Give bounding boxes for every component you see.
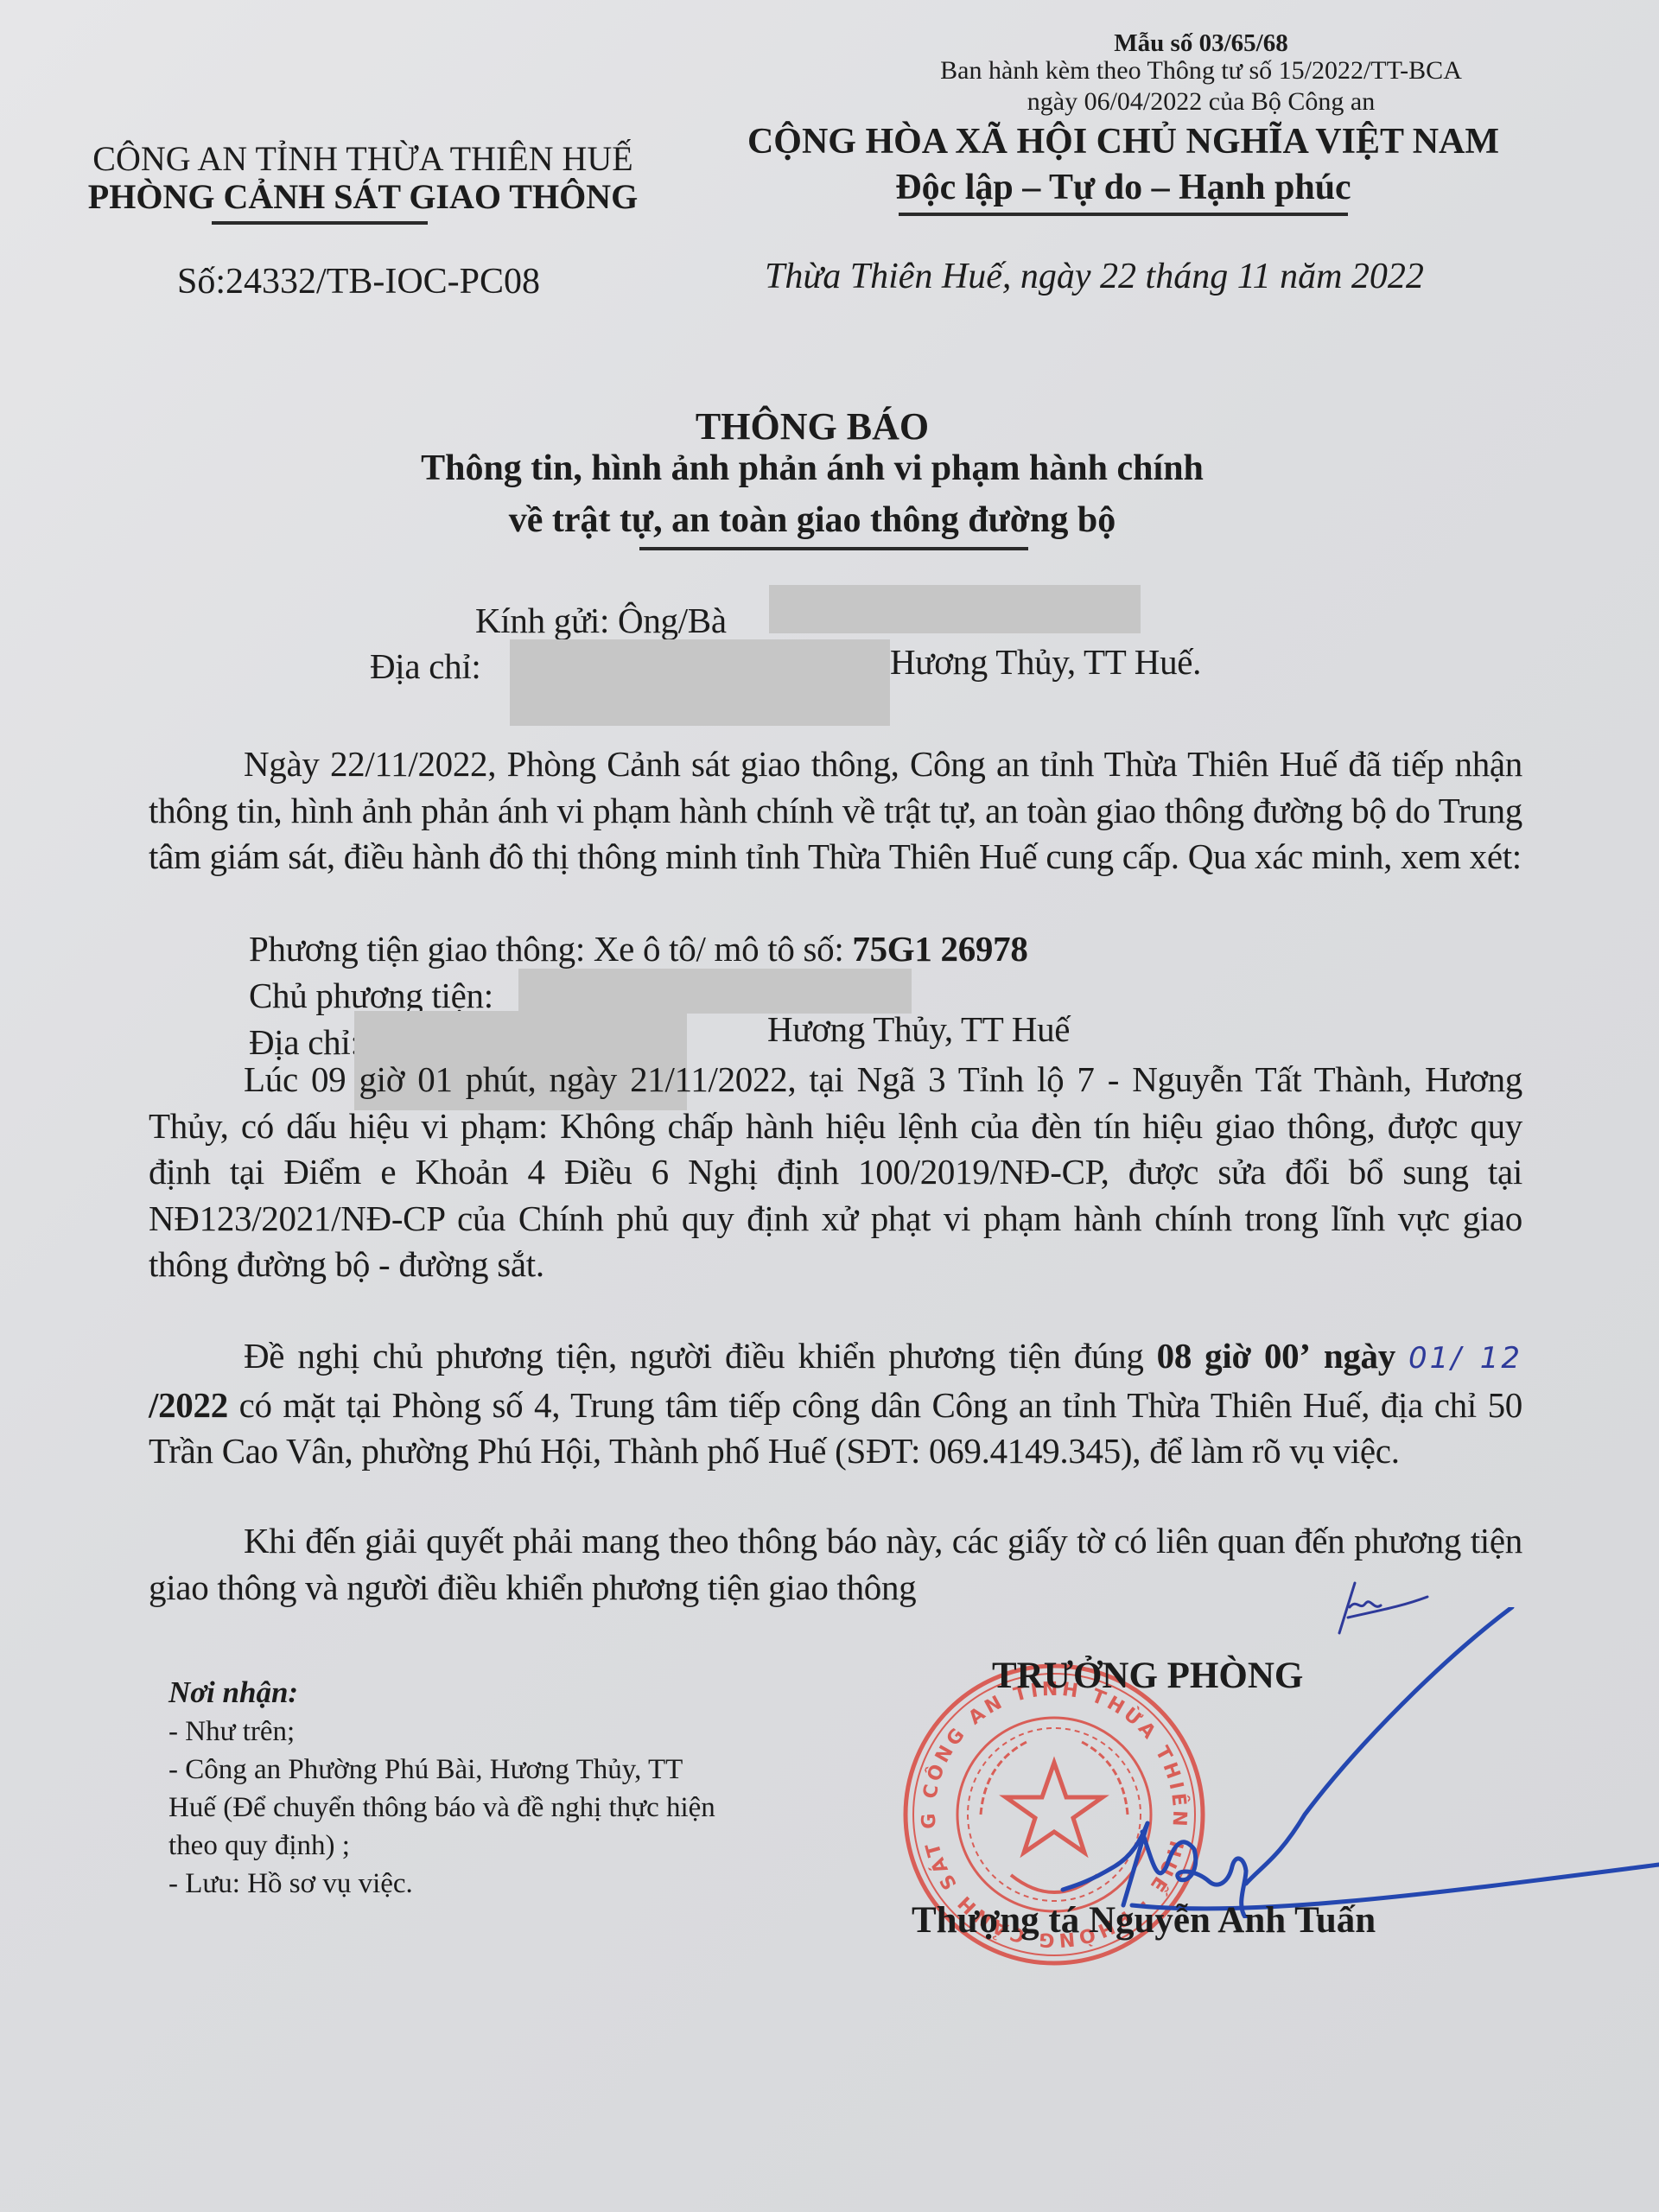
signature-icon: [994, 1607, 1659, 1918]
address-label: Địa chỉ:: [370, 644, 481, 690]
national-name: CỘNG HÒA XÃ HỘI CHỦ NGHĨA VIỆT NAM: [691, 121, 1555, 162]
vehicle-line: Phương tiện giao thông: Xe ô tô/ mô tô s…: [249, 926, 1028, 972]
motto-underline: [899, 213, 1348, 216]
signer-name: Thượng tá Nguyễn Anh Tuấn: [912, 1899, 1376, 1942]
address-suffix: Hương Thủy, TT Huế.: [890, 639, 1201, 685]
recipient-item: - Lưu: Hồ sơ vụ việc.: [168, 1865, 413, 1903]
paragraph-closing: Khi đến giải quyết phải mang theo thông …: [149, 1518, 1522, 1611]
recipient-item: - Công an Phường Phú Bài, Hương Thủy, TT: [168, 1751, 683, 1789]
recipient-item: Huế (Để chuyển thông báo và đề nghị thực…: [168, 1789, 715, 1827]
form-issued-with: Ban hành kèm theo Thông tư số 15/2022/TT…: [890, 55, 1512, 86]
owner-address-suffix: Hương Thủy, TT Huế: [767, 1007, 1070, 1052]
national-motto: Độc lập – Tự do – Hạnh phúc: [691, 167, 1555, 208]
issuer-agency: CÔNG AN TỈNH THỪA THIÊN HUẾ: [52, 138, 674, 180]
handwritten-day: 01: [1408, 1341, 1451, 1376]
form-code: Mẫu số 03/65/68: [1028, 28, 1374, 59]
issuer-department: PHÒNG CẢNH SÁT GIAO THÔNG: [52, 176, 674, 218]
paragraph-received: Ngày 22/11/2022, Phòng Cảnh sát giao thô…: [149, 741, 1522, 880]
place-date: Thừa Thiên Huế, ngày 22 tháng 11 năm 202…: [765, 256, 1424, 297]
handwritten-month: 12: [1480, 1341, 1522, 1376]
redacted-addressee-address: [510, 639, 890, 726]
paragraph-violation: Lúc 09 giờ 01 phút, ngày 21/11/2022, tại…: [149, 1057, 1522, 1288]
title-underline: [639, 547, 1028, 550]
notice-title: THÔNG BÁO: [346, 404, 1279, 448]
form-issued-date: ngày 06/04/2022 của Bộ Công an: [890, 86, 1512, 118]
license-plate: 75G1 26978: [852, 929, 1027, 969]
issuer-underline: [212, 221, 428, 225]
redacted-addressee-name: [769, 585, 1141, 633]
recipient-item: - Như trên;: [168, 1713, 295, 1751]
paragraph-appointment: Đề nghị chủ phương tiện, người điều khiể…: [149, 1333, 1522, 1475]
recipient-item: theo quy định) ;: [168, 1827, 350, 1865]
recipients-label: Nơi nhận:: [168, 1674, 298, 1712]
notice-subtitle-2: về trật tự, an toàn giao thông đường bộ: [259, 499, 1365, 541]
notice-subtitle-1: Thông tin, hình ảnh phản ánh vi phạm hàn…: [259, 448, 1365, 489]
doc-number: Số:24332/TB-IOC-PC08: [177, 261, 540, 302]
greeting-label: Kính gửi: Ông/Bà: [475, 598, 727, 644]
appointment-time: 08 giờ 00’: [1157, 1336, 1311, 1376]
appointment-year: /2022: [149, 1385, 228, 1425]
